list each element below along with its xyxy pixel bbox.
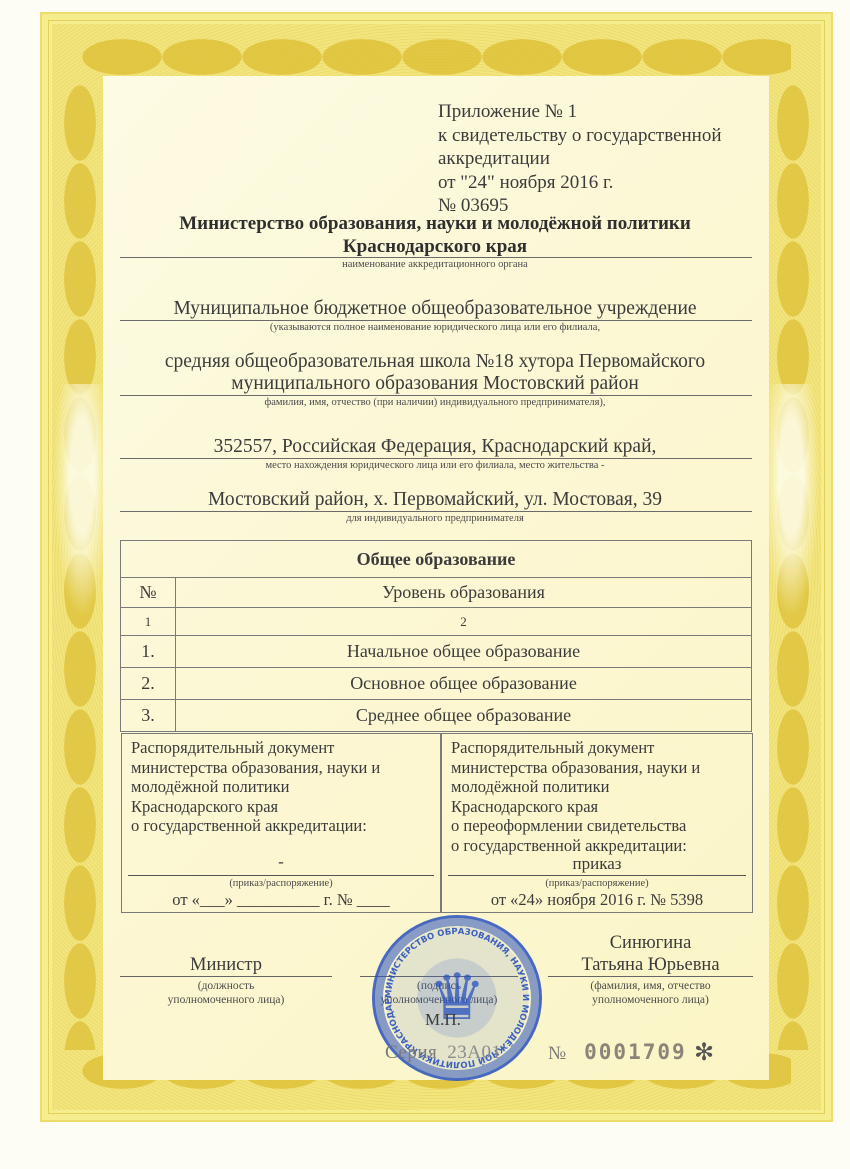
order-date: от «24» ноября 2016 г. № 5398 xyxy=(442,890,752,910)
row-number: 1. xyxy=(121,636,176,668)
table-row: 3. Среднее общее образование xyxy=(121,700,752,732)
series-label: Серия xyxy=(385,1042,437,1063)
divider xyxy=(120,511,752,512)
address-caption: для индивидуального предпринимателя xyxy=(120,513,750,524)
divider xyxy=(548,976,753,977)
divider xyxy=(120,458,752,459)
row-level: Основное общее образование xyxy=(176,668,752,700)
form-number: №0001709 xyxy=(548,1040,687,1065)
row-level: Среднее общее образование xyxy=(176,700,752,732)
series-code: 23А01 xyxy=(447,1042,501,1063)
accreditation-order-box: Распорядительный документ министерства о… xyxy=(121,733,441,913)
signatory-position: Министр (должность уполномоченного лица) xyxy=(120,954,332,1007)
name-value: Синюгина xyxy=(548,932,753,954)
address-line: Мостовский район, х. Первомайский, ул. М… xyxy=(120,488,750,511)
order-text-line: Распорядительный документ xyxy=(451,738,700,758)
appendix-line: к свидетельству о государственной xyxy=(438,124,722,148)
divider xyxy=(120,976,332,977)
form-series: Серия23А01 xyxy=(385,1042,501,1064)
row-number: 2. xyxy=(121,668,176,700)
number-label: № xyxy=(548,1043,566,1064)
caption-line: уполномоченного лица) xyxy=(120,993,332,1007)
seal-place-label: М.П. xyxy=(425,1010,461,1030)
asterisk-mark-icon: ✻ xyxy=(694,1038,714,1066)
table-title-row: Общее образование xyxy=(121,541,752,578)
column-index: 1 xyxy=(121,608,176,636)
name-caption: (фамилия, имя, отчество уполномоченного … xyxy=(548,979,753,1007)
order-text-line: Краснодарского края xyxy=(451,797,700,817)
order-text-line: министерства образования, науки и xyxy=(131,758,380,778)
position-caption: (должность уполномоченного лица) xyxy=(120,979,332,1007)
education-levels-table: Общее образование № Уровень образования … xyxy=(120,540,752,732)
order-description: Распорядительный документ министерства о… xyxy=(131,738,380,836)
order-date: от «___» __________ г. № ____ xyxy=(122,890,440,910)
organization-name-line: средняя общеобразовательная школа №18 ху… xyxy=(120,350,750,373)
address-caption: место нахождения юридического лица или е… xyxy=(120,460,750,471)
appendix-line: от "24" ноября 2016 г. xyxy=(438,171,722,195)
floral-ornament-left xyxy=(54,384,110,614)
table-row: 2. Основное общее образование xyxy=(121,668,752,700)
divider xyxy=(128,875,434,876)
order-text-line: молодёжной политики xyxy=(451,777,700,797)
reissue-order-box: Распорядительный документ министерства о… xyxy=(441,733,753,913)
number-value: 0001709 xyxy=(584,1040,687,1064)
appendix-line: Приложение № 1 xyxy=(438,100,722,124)
organization-caption: фамилия, имя, отчество (при наличии) инд… xyxy=(120,397,750,408)
guilloche-border-top xyxy=(82,34,791,80)
order-kind-caption: (приказ/распоряжение) xyxy=(442,878,752,889)
table-header-row: № Уровень образования xyxy=(121,578,752,608)
appendix-header: Приложение № 1 к свидетельству о государ… xyxy=(438,100,722,218)
divider xyxy=(120,320,752,321)
order-text-line: о государственной аккредитации: xyxy=(131,816,380,836)
row-level: Начальное общее образование xyxy=(176,636,752,668)
column-index: 2 xyxy=(176,608,752,636)
order-kind: приказ xyxy=(448,854,746,874)
signatory-name: Синюгина Татьяна Юрьевна (фамилия, имя, … xyxy=(548,932,753,1007)
divider xyxy=(448,875,746,876)
order-text-line: молодёжной политики xyxy=(131,777,380,797)
divider xyxy=(120,257,752,258)
order-text-line: о переоформлении свидетельства xyxy=(451,816,700,836)
organization-name-line: Муниципальное бюджетное общеобразователь… xyxy=(120,297,750,320)
column-header-number: № xyxy=(121,578,176,608)
accreditation-body-line: Краснодарского края xyxy=(120,235,750,258)
accreditation-body-line: Министерство образования, науки и молодё… xyxy=(120,212,750,235)
appendix-line: аккредитации xyxy=(438,147,722,171)
table-row: 1. Начальное общее образование xyxy=(121,636,752,668)
position-value: Министр xyxy=(120,954,332,976)
order-text-line: о государственной аккредитации: xyxy=(451,836,700,856)
order-text-line: Распорядительный документ xyxy=(131,738,380,758)
caption-line: уполномоченного лица) xyxy=(548,993,753,1007)
organization-caption: (указываются полное наименование юридиче… xyxy=(120,322,750,333)
table-index-row: 1 2 xyxy=(121,608,752,636)
divider xyxy=(120,395,752,396)
floral-ornament-right xyxy=(763,384,819,614)
caption-line: (фамилия, имя, отчество xyxy=(548,979,753,993)
row-number: 3. xyxy=(121,700,176,732)
order-kind: - xyxy=(128,852,434,872)
organization-name-line: муниципального образования Мостовский ра… xyxy=(120,372,750,395)
table-title: Общее образование xyxy=(121,541,752,578)
accreditation-body-name: Министерство образования, науки и молодё… xyxy=(120,212,750,258)
name-value: Татьяна Юрьевна xyxy=(548,954,753,976)
order-text-line: министерства образования, науки и xyxy=(451,758,700,778)
address-line: 352557, Российская Федерация, Краснодарс… xyxy=(120,435,750,458)
order-kind-caption: (приказ/распоряжение) xyxy=(122,878,440,889)
order-description: Распорядительный документ министерства о… xyxy=(451,738,700,855)
accreditation-body-caption: наименование аккредитационного органа xyxy=(120,259,750,270)
order-text-line: Краснодарского края xyxy=(131,797,380,817)
column-header-level: Уровень образования xyxy=(176,578,752,608)
caption-line: (должность xyxy=(120,979,332,993)
